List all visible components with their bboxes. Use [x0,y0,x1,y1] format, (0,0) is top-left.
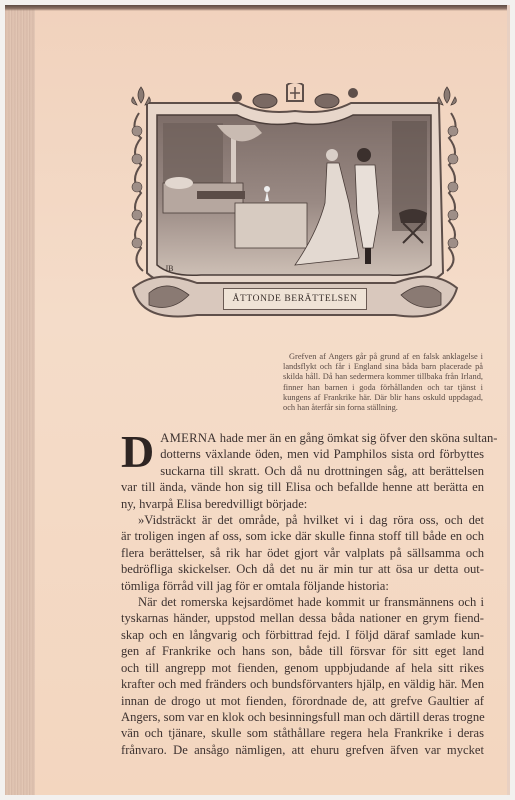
body-line: När det romerska kejsardömet hade kommit… [121,594,484,610]
body-line: gen af Frankrike och hans son, både till… [121,643,484,659]
page-top-edge [5,5,510,11]
body-line: var till ända, vände hon sig till Elisa … [121,479,484,495]
body-line: »Vidsträckt är det område, på hvilket vi… [121,512,484,528]
body-line: skap och en långvarig och förbittrad fej… [121,627,484,643]
body-line: bedröfliga skickelser. Och då det nu är … [121,561,484,577]
body-line: tömliga förråd vill jag för er omtala fö… [121,578,484,594]
body-line: ny, hvarpå Elisa beredvilligt började: [121,496,484,512]
body-line: AMERNA hade mer än en gång ömkat sig öfv… [121,430,484,446]
body-line: är troligen ingen af oss, som icke där s… [121,528,484,544]
chapter-illustration: JB ÅTTONDE BERÄTTELSEN [127,83,463,328]
body-line: tyskarnas händer, uppstod mellan dessa b… [121,610,484,626]
opening-word: AMERNA [160,431,216,445]
chapter-summary: Grefven af Angers går på grund af en fal… [283,352,483,413]
body-line: dotterns växlande öden, men vid Pamphilo… [121,446,484,462]
body-line: och till angrepp mot fienden, genom uppb… [121,660,484,676]
chapter-body: D AMERNA hade mer än en gång ömkat sig ö… [121,430,484,758]
page-gutter-edge [5,5,35,795]
body-line: Angers, som var en klok och besinningsfu… [121,709,484,725]
body-line: vän och tjänare, skulle som ståthållare … [121,725,484,741]
body-line: frånvaro. De ansågo nämligen, att ehuru … [121,742,484,758]
body-line: innan de drogo ut mot fienden, förordnad… [121,693,484,709]
body-line: suckarna till skratt. Och då nu drottnin… [121,463,484,479]
body-line: flera berättelser, så rik har ödet gjort… [121,545,484,561]
page-right-edge [507,5,510,795]
svg-text:JB: JB [165,264,173,273]
body-line: krafter och med fränders och bundsförvan… [121,676,484,692]
drop-cap: D [121,433,154,471]
chapter-title-plate: ÅTTONDE BERÄTTELSEN [223,288,367,310]
